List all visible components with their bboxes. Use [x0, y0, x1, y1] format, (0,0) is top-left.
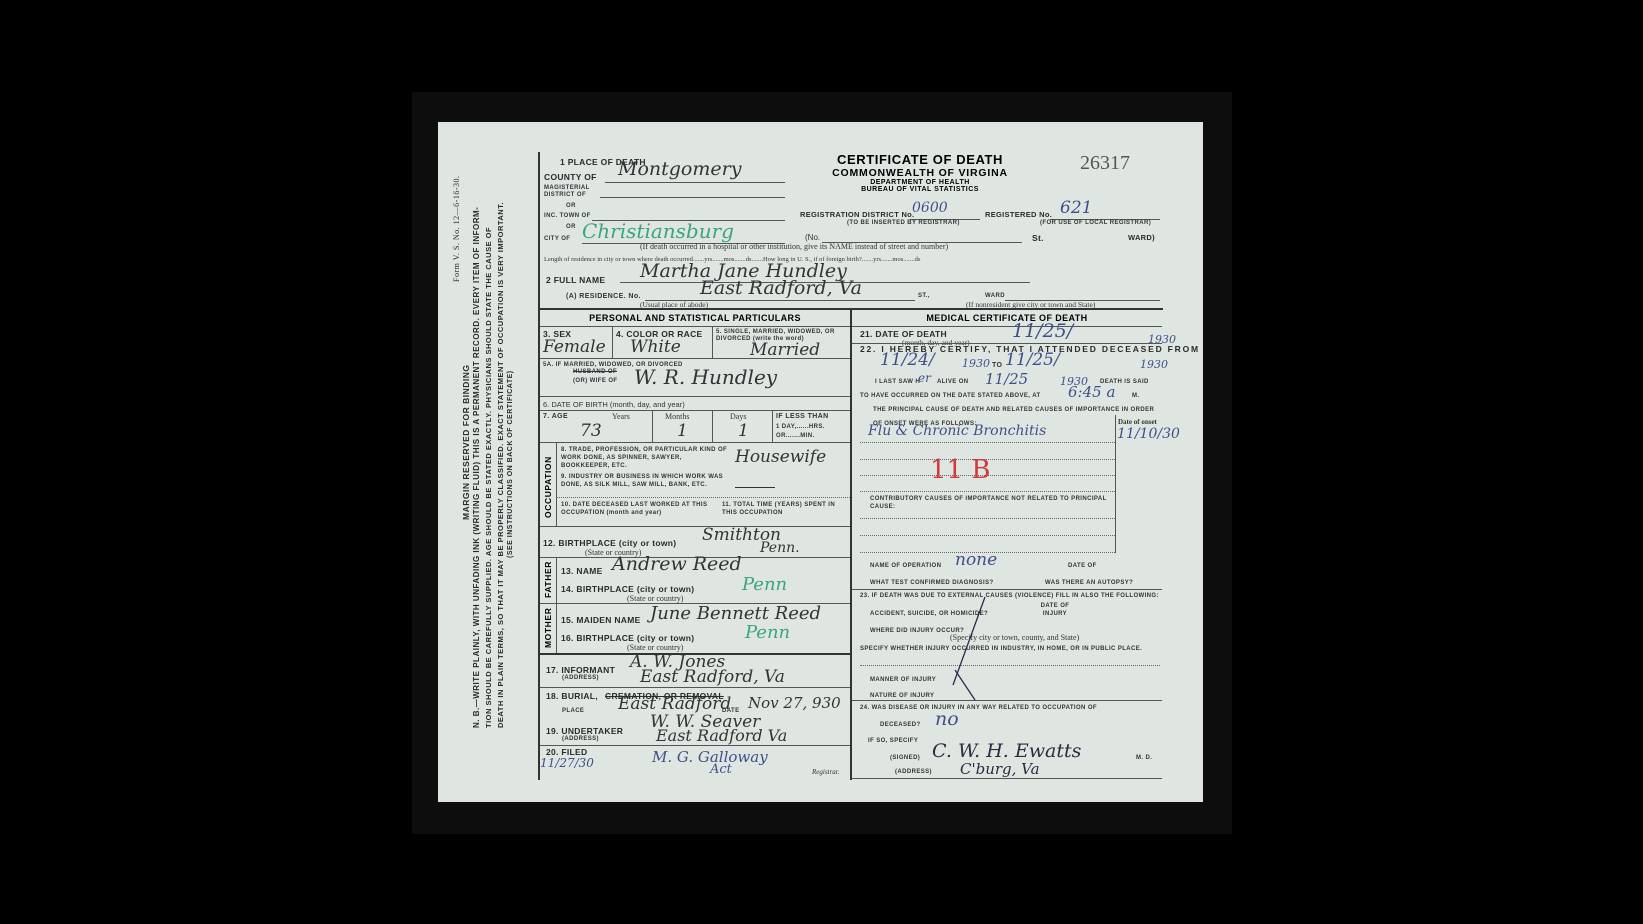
industry-label: 9. INDUSTRY OR BUSINESS IN WHICH WORK WA… [561, 473, 731, 489]
city-value: Christiansburg [582, 219, 734, 243]
spouse-value: W. R. Hundley [634, 365, 777, 389]
onset-value: 11/10/30 [1117, 426, 1180, 442]
divider [712, 410, 713, 442]
test-label: WHAT TEST CONFIRMED DIAGNOSIS? [870, 580, 994, 586]
divider [852, 589, 1162, 590]
years-label: Years [612, 412, 630, 421]
less-min: OR.......MIN. [776, 433, 815, 439]
strike-through-mark [945, 595, 995, 705]
divider [772, 410, 773, 442]
mother-birthplace-label: 16. BIRTHPLACE (city or town) [561, 633, 694, 643]
age-label: 7. AGE [543, 413, 568, 420]
informant-address-label: (ADDRESS) [562, 675, 599, 681]
instruction-line-2: TION SHOULD BE CAREFULLY SUPPLIED. AGE S… [484, 227, 493, 728]
residence-label: (A) RESIDENCE. No. [566, 293, 641, 300]
burial-date-value: Nov 27, 930 [748, 694, 841, 712]
date-of-death-value: 11/25/ [1012, 320, 1073, 342]
frame-center [850, 308, 852, 780]
divider [612, 326, 613, 358]
sex-value: Female [543, 337, 606, 357]
father-birthplace-value: Penn [742, 574, 787, 595]
onset-column-divider [1115, 415, 1116, 553]
attended-from-value: 11/24/ [880, 350, 935, 370]
reg-district-label: REGISTRATION DISTRICT No. [800, 210, 914, 219]
county-value: Montgomery [618, 158, 741, 180]
mother-birthplace-value: Penn [745, 622, 790, 643]
divider [540, 745, 850, 746]
age-years-value: 73 [580, 421, 602, 441]
ward-label: WARD) [1128, 233, 1155, 242]
divider [652, 410, 653, 442]
certificate-title-block: CERTIFICATE OF DEATH COMMONWEALTH OF VIR… [790, 152, 1050, 193]
certificate-number: 26317 [1080, 152, 1130, 175]
underline [600, 197, 785, 198]
father-side-label: FATHER [543, 561, 553, 598]
months-label: Months [665, 412, 689, 421]
reg-district-value: 0600 [912, 200, 948, 216]
undertaker-address-value: East Radford Va [656, 726, 787, 745]
mother-name-value: June Bennett Reed [650, 603, 821, 624]
total-time-label: 11. TOTAL TIME (YEARS) SPENT IN THIS OCC… [722, 501, 847, 517]
specify-line [860, 665, 1160, 666]
or-text: OR [566, 224, 576, 230]
registered-value: 621 [1060, 198, 1092, 218]
attended-from-year: 1930 [962, 357, 990, 370]
certificate-title: CERTIFICATE OF DEATH [790, 152, 1050, 167]
underline [605, 182, 785, 183]
days-label: Days [730, 412, 746, 421]
undertaker-address-label: (ADDRESS) [562, 736, 599, 742]
onset-label: Date of onset [1118, 418, 1157, 426]
street-no-label: (No. [805, 233, 820, 242]
birthplace-label: 12. BIRTHPLACE (city or town) [543, 538, 676, 548]
hospital-note: (If death occurred in a hospital or othe… [640, 242, 948, 251]
magisterial-label: MAGISTERIAL DISTRICT OF [544, 185, 594, 199]
divider [540, 687, 850, 688]
contributory-label: CONTRIBUTORY CAUSES OF IMPORTANCE NOT RE… [870, 495, 1110, 511]
autopsy-label: WAS THERE AN AUTOPSY? [1045, 580, 1133, 586]
md-label: M. D. [1136, 755, 1152, 761]
last-worked-label: 10. DATE DECEASED LAST WORKED AT THIS OC… [561, 501, 716, 517]
age-days-value: 1 [738, 421, 749, 441]
registered-note: (FOR USE OF LOCAL REGISTRAR) [1040, 220, 1151, 226]
trade-value: Housewife [735, 447, 826, 467]
related-value: no [935, 708, 959, 730]
dob-label: 6. DATE OF BIRTH (month, day, and year) [543, 400, 685, 409]
residence-ward-label: WARD [985, 293, 1005, 299]
age-months-value: 1 [677, 421, 688, 441]
registered-label: REGISTERED No. [985, 210, 1052, 219]
physician-address-value: C'burg, Va [960, 760, 1040, 778]
related-label: 24. WAS DISEASE OR INJURY IN ANY WAY REL… [860, 705, 1097, 711]
nature-label: NATURE OF INJURY [870, 693, 934, 699]
dash-mark [735, 487, 775, 488]
if-so-label: IF SO, SPECIFY [868, 738, 918, 744]
reg-district-note: (TO BE INSERTED BY REGISTRAR) [847, 220, 960, 226]
attended-to-year: 1930 [1140, 358, 1168, 371]
deceased-label: DECEASED? [880, 722, 921, 728]
marital-value: Married [750, 340, 820, 360]
informant-label: 17. INFORMANT [546, 665, 615, 675]
wife-of-label: (OR) WIFE OF [573, 378, 617, 384]
frame-left [538, 152, 540, 780]
physician-address-label: (ADDRESS) [895, 769, 932, 775]
instruction-line-3: DEATH IN PLAIN TERMS, SO THAT IT MAY BE … [496, 202, 505, 728]
personal-heading: PERSONAL AND STATISTICAL PARTICULARS [540, 313, 850, 323]
full-name-label: 2 FULL NAME [546, 275, 605, 285]
father-name-label: 13. NAME [561, 566, 603, 576]
mother-birthplace-sub: (State or country) [627, 643, 683, 652]
divider [540, 358, 850, 359]
burial-place-value: East Radford [618, 694, 731, 714]
attended-to-value: 11/25/ [1005, 350, 1060, 370]
street-label: St. [1032, 233, 1044, 243]
instruction-line-4: (SEE INSTRUCTIONS ON BACK OF CERTIFICATE… [507, 370, 514, 558]
margin-reserved-note: MARGIN RESERVED FOR BINDING [461, 365, 471, 521]
operation-date-label: DATE OF [1068, 563, 1097, 569]
race-value: White [630, 337, 681, 357]
divider [540, 526, 850, 527]
divider [852, 326, 1162, 327]
external-causes-label: 23. IF DEATH WAS DUE TO EXTERNAL CAUSES … [860, 592, 1160, 600]
last-saw-label: I LAST SAW H [875, 379, 920, 385]
trade-label: 8. TRADE, PROFESSION, OR PARTICULAR KIND… [561, 446, 731, 470]
divider [556, 442, 557, 526]
divider [540, 442, 850, 443]
divider [556, 557, 557, 603]
medical-heading: MEDICAL CERTIFICATE OF DEATH [852, 313, 1162, 323]
divider [852, 700, 1162, 701]
divider [540, 410, 850, 411]
mother-name-label: 15. MAIDEN NAME [561, 615, 641, 625]
alive-on-value: 11/25 [985, 370, 1028, 388]
instruction-line-1: N. B.—WRITE PLAINLY, WITH UNFADING INK (… [472, 207, 481, 728]
registrar-label: Registrar. [812, 768, 839, 776]
city-label: CITY OF [544, 236, 570, 242]
form-number: Form V. S. No. 12—6-16-30. [452, 176, 461, 283]
contrib-line [860, 518, 1115, 519]
divider [556, 497, 850, 498]
burial-place-label: PLACE [562, 708, 584, 714]
alive-on-label: ALIVE ON [937, 379, 969, 385]
divider [556, 603, 557, 653]
bureau: BUREAU OF VITAL STATISTICS [790, 186, 1050, 193]
less-than-label: IF LESS THAN [776, 413, 829, 420]
specify-injury-label: SPECIFY WHETHER INJURY OCCURRED IN INDUS… [860, 645, 1160, 654]
time-m: M. [1132, 393, 1139, 399]
father-birthplace-sub: (State or country) [627, 594, 683, 603]
commonwealth: COMMONWEALTH OF VIRGINA [790, 167, 1050, 179]
birthplace-state-value: Penn. [760, 540, 800, 556]
red-classification-mark: 11 B [930, 455, 990, 485]
less-day: 1 DAY,......HRS. [776, 424, 825, 430]
occurred-time-value: 6:45 a [1068, 383, 1115, 401]
bottom-line [852, 778, 1162, 779]
county-label: COUNTY OF [544, 172, 597, 182]
filed-date-value: 11/27/30 [540, 756, 594, 770]
divider [540, 396, 850, 397]
department: DEPARTMENT OF HEALTH [790, 179, 1050, 186]
residence-street-label: ST., [918, 293, 930, 299]
physician-signature: C. W. H. Ewatts [932, 740, 1081, 762]
informant-address-value: East Radford, Va [640, 667, 785, 687]
or-text: OR [566, 203, 576, 209]
nonresident-note: (If nonresident give city or town and St… [966, 300, 1095, 309]
father-birthplace-label: 14. BIRTHPLACE (city or town) [561, 584, 694, 594]
divider [540, 326, 850, 327]
operation-label: NAME OF OPERATION [870, 563, 941, 569]
last-saw-her: er [918, 371, 931, 385]
undertaker-label: 19. UNDERTAKER [546, 726, 623, 736]
manner-label: MANNER OF INJURY [870, 677, 936, 683]
occurred-label: TO HAVE OCCURRED ON THE DATE STATED ABOV… [860, 393, 1041, 399]
residence-value: East Radford, Va [700, 277, 862, 299]
contrib-line [860, 535, 1115, 536]
father-name-value: Andrew Reed [612, 553, 742, 575]
cause-line [860, 442, 1115, 443]
divider [712, 326, 713, 358]
signed-label: (SIGNED) [890, 755, 920, 761]
registrar-title: Act [710, 762, 732, 777]
injury-date-label: DATE OF INJURY [1035, 602, 1075, 618]
mother-side-label: MOTHER [543, 608, 553, 648]
burial-label: 18. BURIAL, [546, 691, 598, 701]
principal-cause-value: Flu & Chronic Bronchitis [868, 423, 1046, 439]
to-label: TO [992, 362, 1002, 369]
cause-line [860, 491, 1115, 492]
occupation-side-label: OCCUPATION [543, 456, 553, 518]
husband-of-struck: HUSBAND OF [573, 369, 617, 375]
residence-note: (Usual place of abode) [640, 300, 708, 309]
operation-value: none [955, 550, 997, 570]
